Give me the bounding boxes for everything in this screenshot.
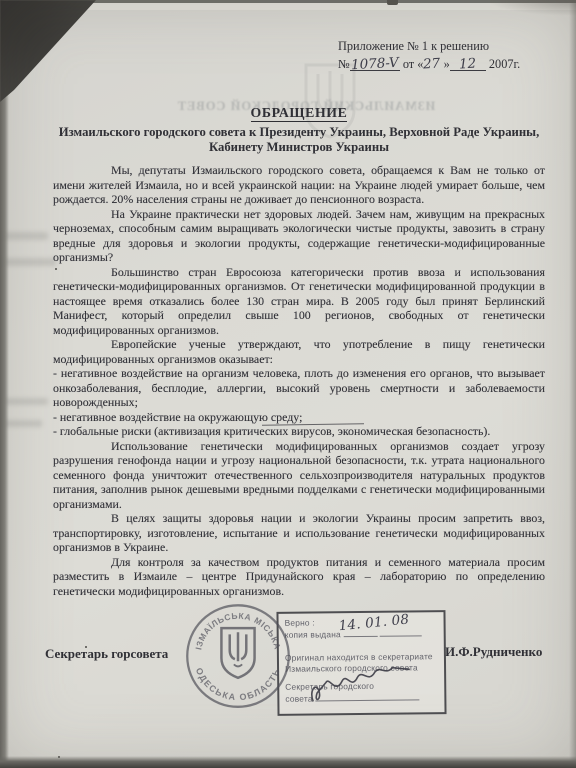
title-addressees-line2: Кабинету Министров Украины bbox=[53, 140, 545, 155]
year-text: 2007г. bbox=[489, 57, 520, 71]
document-body: Мы, депутаты Измаильского городского сов… bbox=[53, 163, 545, 598]
hand-decision-number: 1078-V bbox=[350, 58, 400, 71]
paragraph: Мы, депутаты Измаильского городского сов… bbox=[53, 163, 545, 207]
paragraph: Европейские ученые утверждают, что употр… bbox=[53, 337, 545, 366]
list-item: - негативное воздействие на организм чел… bbox=[53, 366, 545, 410]
hand-day: 27 bbox=[423, 56, 441, 73]
paragraph: На Украине практически нет здоровых люде… bbox=[53, 207, 545, 265]
scan-left-edge bbox=[0, 0, 9, 768]
appendix-line1: Приложение № 1 к решению bbox=[338, 38, 553, 54]
paragraph: Для контроля за качеством продуктов пита… bbox=[53, 555, 545, 599]
certification-stamp: Верно : копия выдана 14. 01. 08 Оригинал… bbox=[276, 610, 446, 716]
list-item: - глобальные риски (активизация критичес… bbox=[53, 424, 545, 439]
scan-corner-artifact bbox=[0, 0, 120, 112]
decision-number-line: №1078-V от «27 »12 2007г. bbox=[338, 56, 553, 72]
bleed-smudge bbox=[2, 258, 56, 266]
title-addressees-line1: Измаильского городского совета к Президе… bbox=[53, 125, 545, 140]
paragraph: Большинство стран Евросоюза категорическ… bbox=[53, 265, 545, 338]
secretary-label: Секретарь горсовета bbox=[45, 646, 168, 662]
round-seal: ІЗМАЇЛЬСЬКА МІСЬКА ОДЕСЬКА ОБЛАСТЬ bbox=[180, 596, 296, 717]
list-item: - негативное воздействие на окружающую с… bbox=[53, 410, 545, 425]
scan-top-right-shadow bbox=[486, 0, 576, 16]
document-title: ОБРАЩЕНИЕ bbox=[251, 105, 348, 122]
hand-month: 12 bbox=[450, 58, 486, 71]
bleed-smudge bbox=[4, 398, 48, 405]
scan-right-edge bbox=[569, 0, 576, 768]
from-text: от « bbox=[403, 57, 424, 71]
scan-bottom-edge bbox=[0, 756, 576, 768]
header-appendix: Приложение № 1 к решению №1078-V от «27 … bbox=[338, 38, 553, 72]
paragraph: Использование генетически модифицированн… bbox=[53, 439, 545, 512]
number-prefix: № bbox=[338, 57, 350, 71]
document-title-block: ОБРАЩЕНИЕ Измаильского городского совета… bbox=[53, 104, 545, 155]
scan-notch-mark bbox=[387, 0, 398, 5]
tryzub-icon bbox=[221, 628, 254, 678]
signatory-name: И.Ф.Рудниченко bbox=[445, 644, 542, 660]
paragraph: В целях защиты здоровья нации и экологии… bbox=[53, 511, 545, 555]
copy-date-line bbox=[380, 635, 422, 636]
scanned-document-page: Приложение № 1 к решению №1078-V от «27 … bbox=[0, 0, 576, 768]
copy-date-line bbox=[343, 636, 377, 637]
